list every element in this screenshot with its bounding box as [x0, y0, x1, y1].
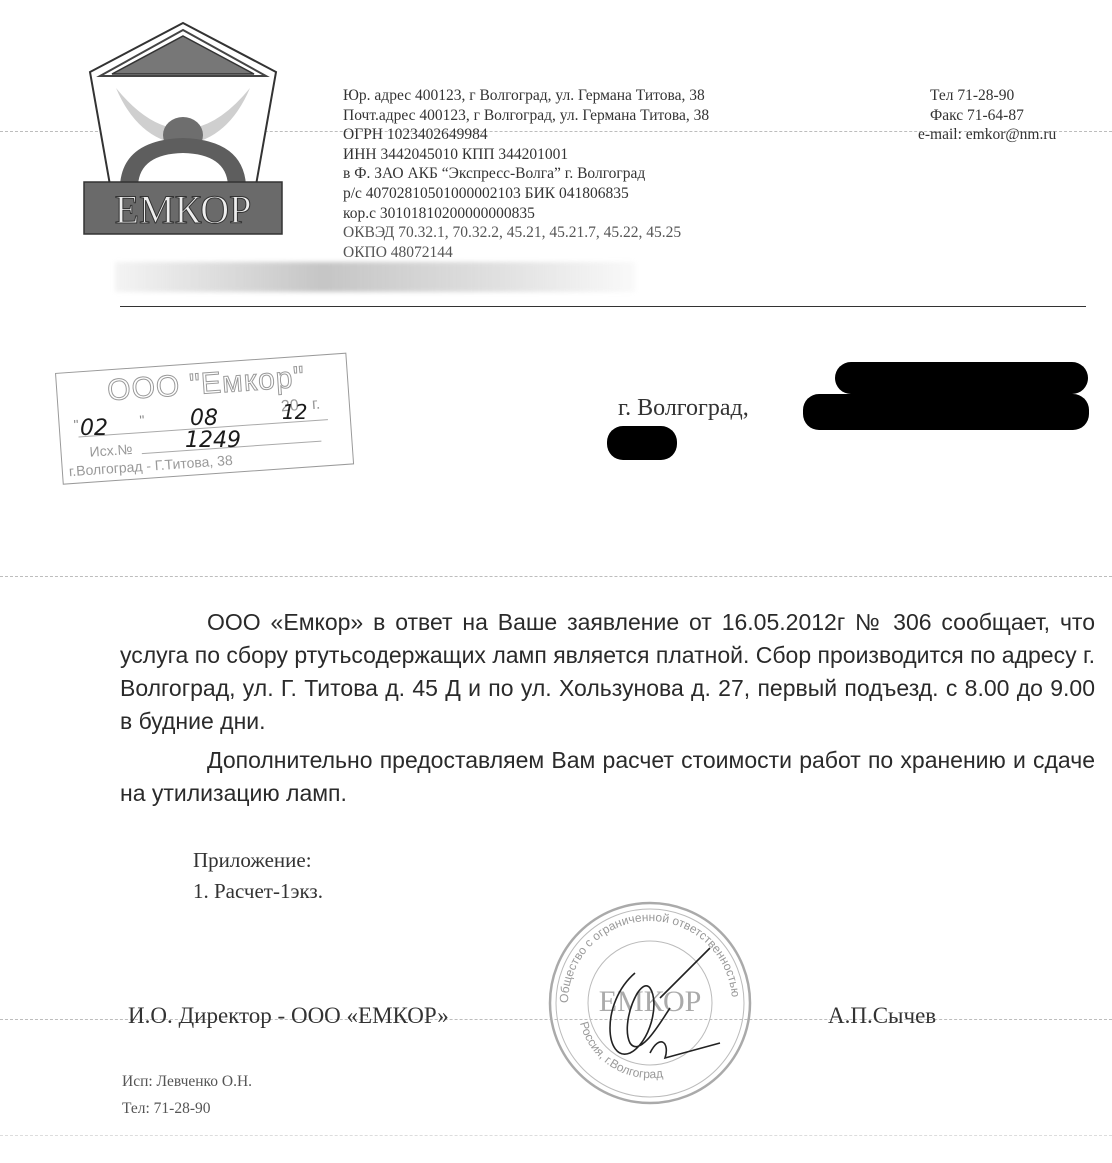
legal-address: Юр. адрес 400123, г Волгоград, ул. Герма… [343, 86, 709, 106]
annex-title: Приложение: [193, 845, 323, 876]
signer-name: А.П.Сычев [828, 1003, 936, 1029]
bank: в Ф. ЗАО АКБ “Экспресс-Волга” г. Волгогр… [343, 164, 709, 184]
scan-artifact-line [0, 576, 1112, 577]
executor-phone: Тел: 71-28-90 [122, 1095, 252, 1122]
letter-body: ООО «Емкор» в ответ на Ваше заявление от… [120, 606, 1095, 810]
body-paragraph: ООО «Емкор» в ответ на Ваше заявление от… [120, 606, 1095, 738]
annex-block: Приложение: 1. Расчет-1экз. [193, 845, 323, 907]
annex-item: 1. Расчет-1экз. [193, 876, 323, 907]
fax: Факс 71-64-87 [918, 106, 1056, 126]
phone: Тел 71-28-90 [918, 86, 1056, 106]
company-requisites: Юр. адрес 400123, г Волгоград, ул. Герма… [343, 86, 709, 262]
handwritten-number: 1249 [185, 428, 241, 453]
stamp-org: ООО "Емкор" [106, 361, 306, 409]
handwritten-year: 12 [282, 400, 307, 424]
emkor-logo: ЕМКОР [78, 20, 288, 240]
logo-text: ЕМКОР [115, 187, 252, 232]
email: e-mail: emkor@nm.ru [918, 125, 1056, 145]
signer-position: И.О. Директор - ООО «ЕМКОР» [128, 1003, 449, 1029]
stamp-quote-mark: " [73, 416, 79, 432]
redaction-block [607, 426, 677, 460]
header-divider [120, 306, 1086, 307]
scan-artifact-line [0, 1135, 1112, 1136]
ogrn: ОГРН 1023402649984 [343, 125, 709, 145]
handwritten-day: 02 [80, 416, 108, 441]
scan-smudge [115, 262, 635, 292]
redaction-block [835, 362, 1088, 394]
okved: ОКВЭД 70.32.1, 70.32.2, 45.21, 45.21.7, … [343, 223, 709, 243]
corr-account: кор.с 30101810200000000835 [343, 204, 709, 224]
redaction-block [803, 394, 1089, 430]
addressee-city: г. Волгоград, [618, 395, 749, 422]
okpo: ОКПО 48072144 [343, 243, 709, 263]
company-seal: Общество с ограниченной ответственностью… [540, 893, 760, 1113]
postal-address: Почт.адрес 400123, г Волгоград, ул. Герм… [343, 106, 709, 126]
seal-center-text: ЕМКОР [599, 985, 702, 1018]
account: р/с 40702810501000002103 БИК 041806835 [343, 184, 709, 204]
inn-kpp: ИНН 3442045010 КПП 344201001 [343, 145, 709, 165]
body-paragraph: Дополнительно предоставляем Вам расчет с… [120, 744, 1095, 810]
company-contacts: Тел 71-28-90 Факс 71-64-87 e-mail: emkor… [918, 86, 1056, 145]
stamp-quote-mark: " [139, 412, 145, 428]
stamp-number-label: Исх.№ [89, 441, 133, 460]
executor-name: Исп: Левченко О.Н. [122, 1068, 252, 1095]
executor-block: Исп: Левченко О.Н. Тел: 71-28-90 [122, 1068, 252, 1122]
